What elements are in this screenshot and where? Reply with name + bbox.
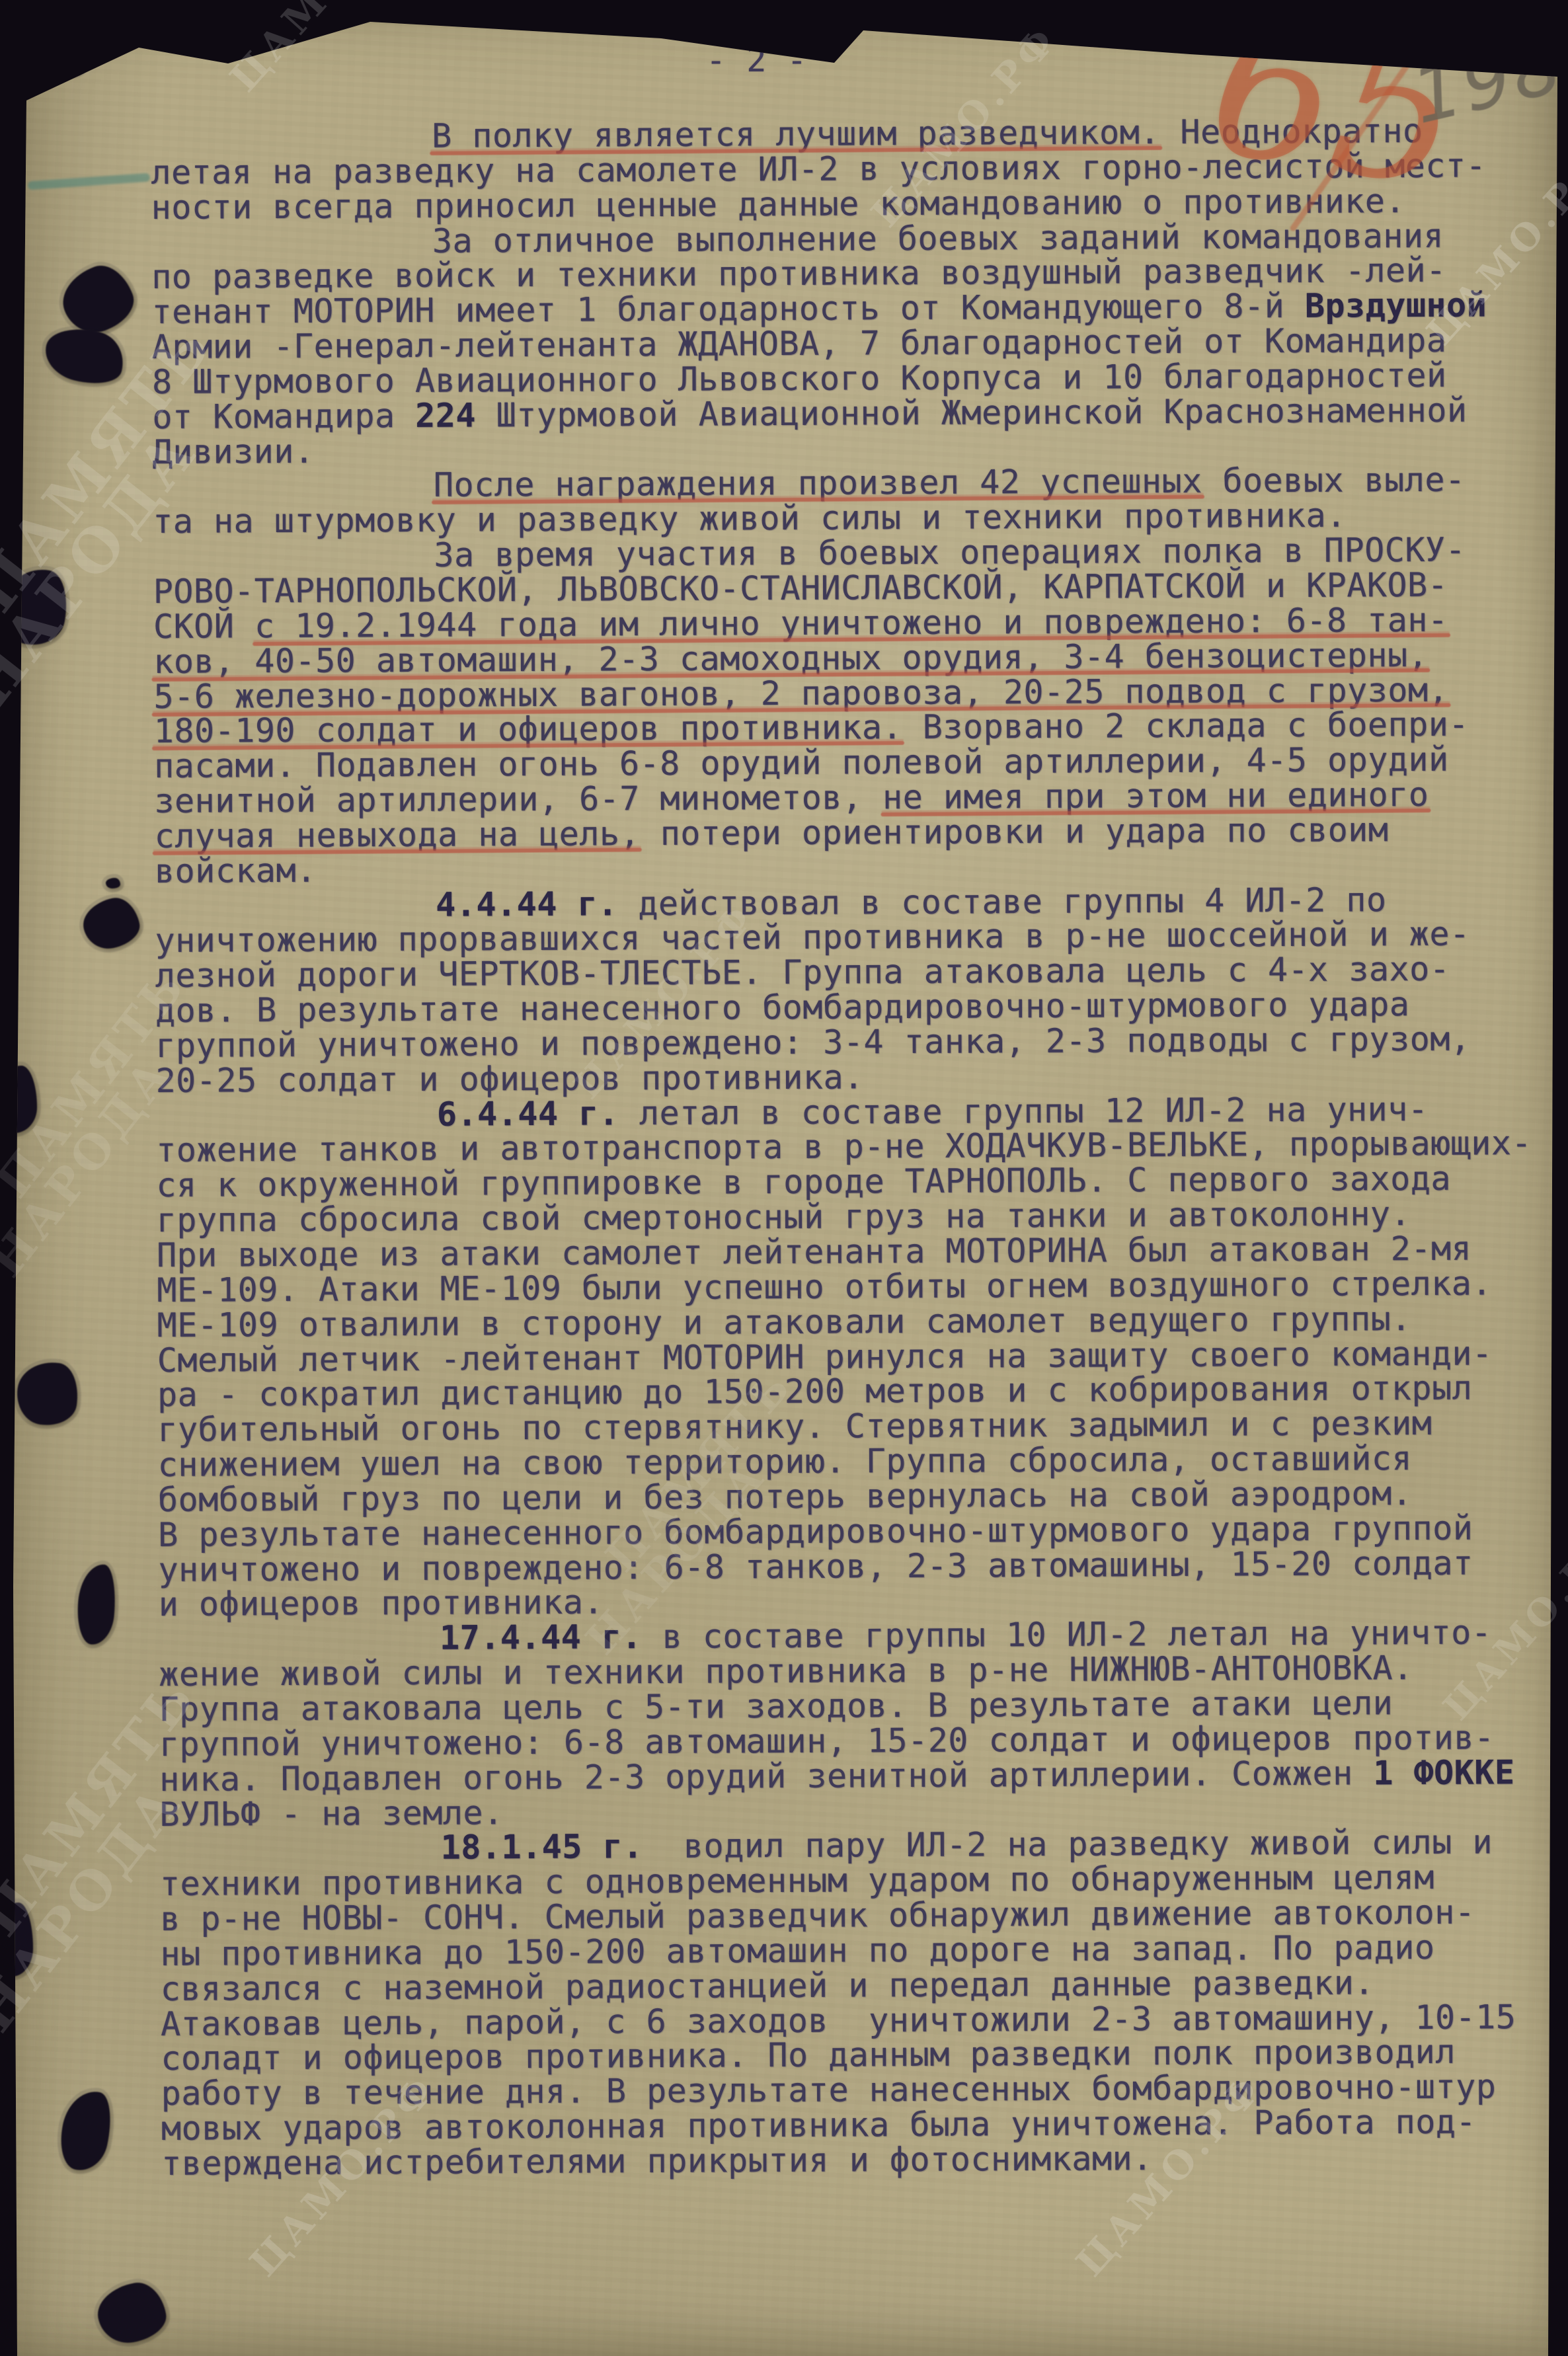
typed-line: уничтожено и повреждено: 6-8 танков, 2-3…: [158, 1545, 1566, 1587]
typed-text-run: от Командира: [152, 397, 415, 436]
torn-corner-piece: [114, 0, 217, 44]
document-page: - 2 - 25 В полку является лучшим разведч…: [0, 0, 1568, 2356]
typed-text-run: СКОЙ: [153, 607, 255, 646]
typed-text-run: 18.1.45 г.: [441, 1827, 643, 1867]
typed-line: ника. Подавлен огонь 2-3 орудий зенитной…: [159, 1754, 1567, 1797]
typed-text-run: и офицеров противника.: [159, 1583, 604, 1624]
typed-line: случая невыхода на цель, потери ориентир…: [155, 812, 1563, 854]
red-underlined-text: 180-190 солдат и офицеров противника.: [154, 708, 903, 750]
typed-text-run: тверждена истребителями прикрытия и фото…: [161, 2139, 1153, 2183]
ink-blot: [106, 878, 120, 888]
ink-blot: [75, 1563, 118, 1646]
typed-line: группой уничтожено и повреждено: 3-4 тан…: [155, 1021, 1563, 1064]
typed-text-run: уничтожено и повреждено: 6-8 танков, 2-3…: [158, 1544, 1473, 1589]
red-underlined-text: После награждения произвел 42 успешных: [434, 462, 1202, 504]
page-number: - 2 -: [706, 41, 807, 79]
ink-blot: [13, 1358, 82, 1429]
ink-blot: [54, 258, 141, 341]
ink-blot: [79, 894, 143, 953]
typed-line: от Командира 224 Штурмовой Авиационной Ж…: [152, 393, 1560, 435]
typed-text-run: ВУЛЬФ - на земле.: [159, 1793, 504, 1834]
typed-line: зенитной артиллерии, 6-7 минометов, не и…: [154, 777, 1562, 819]
typed-text-run: потери ориентировки и удара по своим: [640, 810, 1389, 853]
corner-number-stamp: 25: [9, 21, 94, 95]
typed-text-run: 1 ФОККЕ: [1373, 1753, 1515, 1792]
red-underlined-text: случая невыхода на цель,: [155, 814, 641, 855]
ink-blot: [93, 2279, 170, 2347]
typed-text-run: Штурмовой Авиационной Жмеринской Красноз…: [476, 391, 1468, 434]
typed-text-block: В полку является лучшим разведчиком. Нео…: [151, 113, 1568, 2181]
scanned-document: { "header": { "page_number": "- 2 -", "c…: [0, 0, 1568, 2356]
typed-text-run: 4.4.44 г.: [436, 884, 618, 923]
typed-text-run: 224: [415, 396, 476, 434]
red-underlined-text: не имея при этом ни единого: [882, 775, 1429, 816]
red-underlined-text: В полку является лучшим разведчиком.: [432, 113, 1160, 155]
ink-blot: [0, 32, 44, 85]
typed-text-run: войскам.: [155, 851, 317, 890]
ink-blot: [54, 2086, 118, 2175]
pencil-streak: [28, 173, 150, 190]
typed-line: После награждения произвел 42 успешных б…: [153, 462, 1561, 504]
typed-text-run: ника. Подавлен огонь 2-3 орудий зенитной…: [159, 1754, 1373, 1799]
typed-text-run: боевых выле-: [1202, 461, 1466, 500]
